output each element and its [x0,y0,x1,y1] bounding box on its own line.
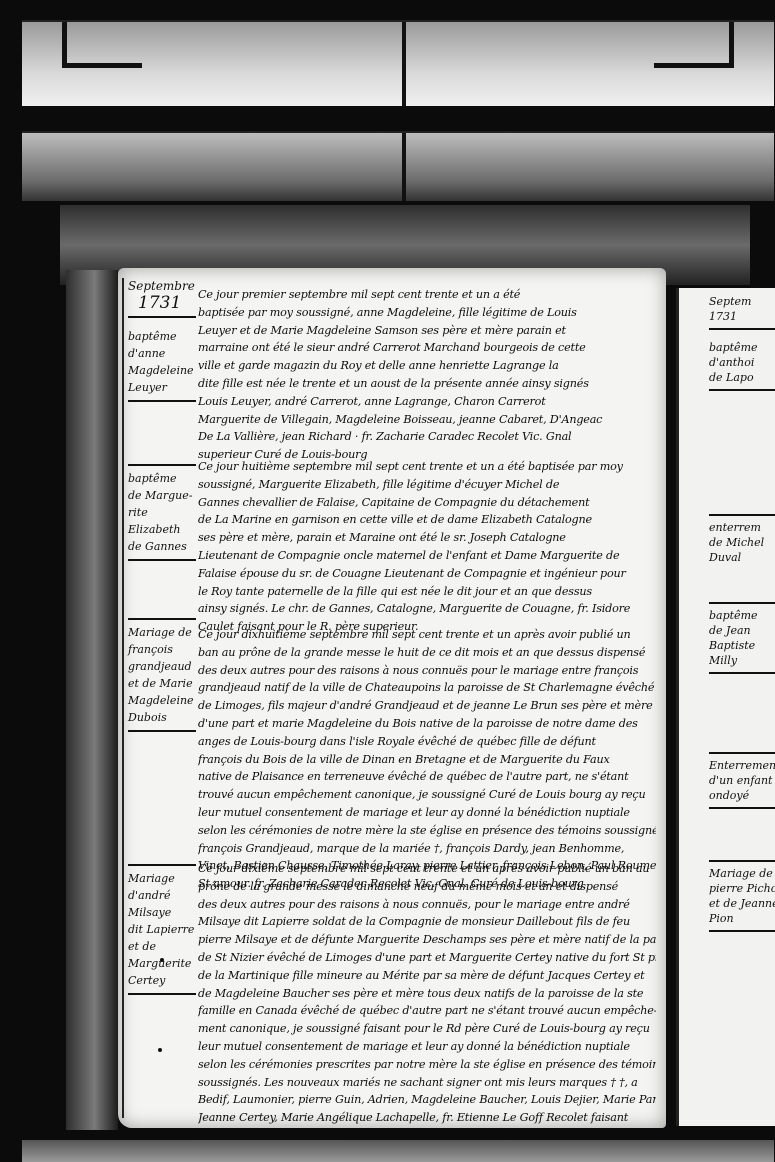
margin-line: baptême [128,470,200,487]
margin-rule [128,730,196,732]
entry-line: Falaise épouse du sr. de Couagne Lieuten… [198,565,656,583]
ink-speck [160,958,164,962]
facing-rule [709,389,775,391]
entry-line: Marguerite de Villegain, Magdeleine Bois… [198,411,656,429]
facing-rule [709,514,775,516]
margin-line: françois [128,641,200,658]
entry-line: d'une part et marie Magdeleine du Bois n… [198,715,656,733]
margin-line: Magdeleine [128,692,200,709]
margin-line: d'anne [128,345,200,362]
entry-line: Leuyer et de Marie Magdeleine Samson ses… [198,322,656,340]
entry-line: françois Grandjeaud, marque de la mariée… [198,840,656,858]
facing-line: ondoyé [709,788,775,803]
entry-line: françois du Bois de la ville de Dinan en… [198,751,656,769]
margin-heading-1: baptême d'anne Magdeleine Leuyer [128,328,200,406]
frame-bracket-right [654,22,734,68]
frame-bracket-left [62,22,142,68]
entry-line: famille en Canada évêché de québec d'aut… [198,1002,656,1020]
margin-line: rite Elizabeth [128,504,200,538]
frame-divider [402,22,406,106]
entry-line: ment canonique, je soussigné faisant pou… [198,1020,656,1038]
entry-line: De La Vallière, jean Richard · fr. Zacha… [198,428,656,446]
entry-line: leur mutuel consentement de mariage et l… [198,1038,656,1056]
entry-line: prône de la grande messe le dimanche neu… [198,878,656,896]
entry-line: Ce jour dixhuitième septembre mil sept c… [198,626,656,644]
facing-margin-date: Septem 1731 [709,294,775,334]
entry-line: Gannes chevallier de Falaise, Capitaine … [198,494,656,512]
facing-rule [709,672,775,674]
margin-rule [128,864,196,866]
facing-line: enterrem [709,520,775,535]
entry-line: le Roy tante paternelle de la fille qui … [198,583,656,601]
entry-line: ban au prône de la grande messe le huit … [198,644,656,662]
entry-line: des deux autres pour des raisons à nous … [198,896,656,914]
entry-line: Ce jour dixième septembre mil sept cent … [198,860,656,878]
entry-line: Ce jour huitième septembre mil sept cent… [198,458,656,476]
margin-line: d'andré Milsaye [128,887,200,921]
facing-line: de Michel [709,535,775,550]
facing-line: 1731 [709,309,775,324]
entry-line: de la Martinique fille mineure au Mérite… [198,967,656,985]
facing-line: Baptiste [709,638,775,653]
facing-rule [709,860,775,862]
margin-line: Leuyer [128,379,200,396]
book-gutter [66,270,118,1130]
facing-line: d'un enfant [709,773,775,788]
facing-page: Septem 1731 baptême d'anthoi de Lapo ent… [676,288,775,1126]
margin-year: 1731 [128,295,200,312]
entry-line: native de Plaisance en terreneuve évêché… [198,768,656,786]
microfilm-frame-top [22,20,774,106]
margin-heading-3: Mariage de françois grandjeaud et de Mar… [128,614,200,736]
margin-line: de Margue- [128,487,200,504]
margin-line: grandjeaud [128,658,200,675]
margin-line: Dubois [128,709,200,726]
register-entry-4: Ce jour dixième septembre mil sept cent … [198,860,656,1145]
entry-line: de Limoges, fils majeur d'andré Grandjea… [198,697,656,715]
margin-line: et de Marie [128,675,200,692]
microfilm-frame-second [22,131,774,201]
register-entry-3: Ce jour dixhuitième septembre mil sept c… [198,626,656,893]
frame-divider [402,133,406,201]
entry-line: des deux autres pour des raisons à nous … [198,662,656,680]
facing-line: Pion [709,911,775,926]
margin-line: et de Marguerite [128,938,200,972]
facing-line: Milly [709,653,775,668]
facing-heading-2: enterrem de Michel Duval [709,510,775,565]
entry-line: selon les cérémonies prescrites par notr… [198,1056,656,1074]
entry-line: Bedif, Laumonier, pierre Guin, Adrien, M… [198,1091,656,1109]
entry-line: Louis Leuyer, andré Carrerot, anne Lagra… [198,393,656,411]
margin-heading-2: baptême de Margue- rite Elizabeth de Gan… [128,460,200,565]
facing-heading-1: baptême d'anthoi de Lapo [709,340,775,395]
entry-line: anges de Louis-bourg dans l'isle Royale … [198,733,656,751]
facing-heading-5: Mariage de pierre Picho et de Jeanne Pio… [709,856,775,936]
margin-line: Certey [128,972,200,989]
register-entry-1: Ce jour premier septembre mil sept cent … [198,286,656,464]
facing-line: Enterremen [709,758,775,773]
margin-month: Septembre [128,279,195,293]
entry-line: soussignés. Les nouveaux mariés ne sacha… [198,1074,656,1092]
facing-rule [709,807,775,809]
facing-heading-3: baptême de Jean Baptiste Milly [709,598,775,678]
facing-line: pierre Picho [709,881,775,896]
margin-rule [128,316,196,318]
entry-line: Lieutenant de Compagnie oncle maternel d… [198,547,656,565]
entry-line: de La Marine en garnison en cette ville … [198,511,656,529]
margin-line: baptême [128,328,200,345]
facing-line: et de Jeanne [709,896,775,911]
page-edge-rule [122,278,124,1118]
entry-line: soussigné, Marguerite Elizabeth, fille l… [198,476,656,494]
facing-line: de Lapo [709,370,775,385]
register-page: Septembre 1731 baptême d'anne Magdeleine… [118,268,666,1128]
facing-line: Duval [709,550,775,565]
facing-heading-4: Enterremen d'un enfant ondoyé [709,748,775,813]
facing-line: baptême [709,608,775,623]
entry-line: selon les cérémonies de notre mère la st… [198,822,656,840]
margin-line: Mariage de [128,624,200,641]
facing-line: Mariage de [709,866,775,881]
entry-line: ainsy signés. Le chr. de Gannes, Catalog… [198,600,656,618]
entry-line: grandjeaud natif de la ville de Chateaup… [198,679,656,697]
entry-line: baptisée par moy soussigné, anne Magdele… [198,304,656,322]
margin-rule [128,559,196,561]
facing-rule [709,930,775,932]
ink-speck [158,1048,162,1052]
entry-line: ville et garde magazin du Roy et delle a… [198,357,656,375]
margin-line: dit Lapierre [128,921,200,938]
entry-line: dite fille est née le trente et un aoust… [198,375,656,393]
entry-line: leur mutuel consentement de mariage et l… [198,804,656,822]
facing-line: Septem [709,294,775,309]
facing-line: de Jean [709,623,775,638]
facing-rule [709,752,775,754]
entry-line: marraine ont été le sieur andré Carrerot… [198,339,656,357]
entry-line: de St Nizier évêché de Limoges d'une par… [198,949,656,967]
facing-line: baptême [709,340,775,355]
margin-rule [128,618,196,620]
entry-line: Milsaye dit Lapierre soldat de la Compag… [198,913,656,931]
margin-line: Mariage [128,870,200,887]
register-entry-2: Ce jour huitième septembre mil sept cent… [198,458,656,636]
margin-rule [128,464,196,466]
facing-rule [709,602,775,604]
entry-line: ses père et mère, parain et Maraine ont … [198,529,656,547]
margin-line: de Gannes [128,538,200,555]
entry-line: trouvé aucun empêchement canonique, je s… [198,786,656,804]
entry-line: de Magdeleine Baucher ses père et mère t… [198,985,656,1003]
entry-line: pierre Milsaye et de défunte Marguerite … [198,931,656,949]
entry-line: Jeanne Certey, Marie Angélique Lachapell… [198,1109,656,1127]
facing-line: d'anthoi [709,355,775,370]
microfilm-frame-bottom [22,1140,774,1162]
margin-line: Magdeleine [128,362,200,379]
margin-rule [128,993,196,995]
margin-date: Septembre 1731 [128,278,200,322]
facing-rule [709,328,775,330]
margin-rule [128,400,196,402]
margin-heading-4: Mariage d'andré Milsaye dit Lapierre et … [128,860,200,999]
entry-line: Ce jour premier septembre mil sept cent … [198,286,656,304]
